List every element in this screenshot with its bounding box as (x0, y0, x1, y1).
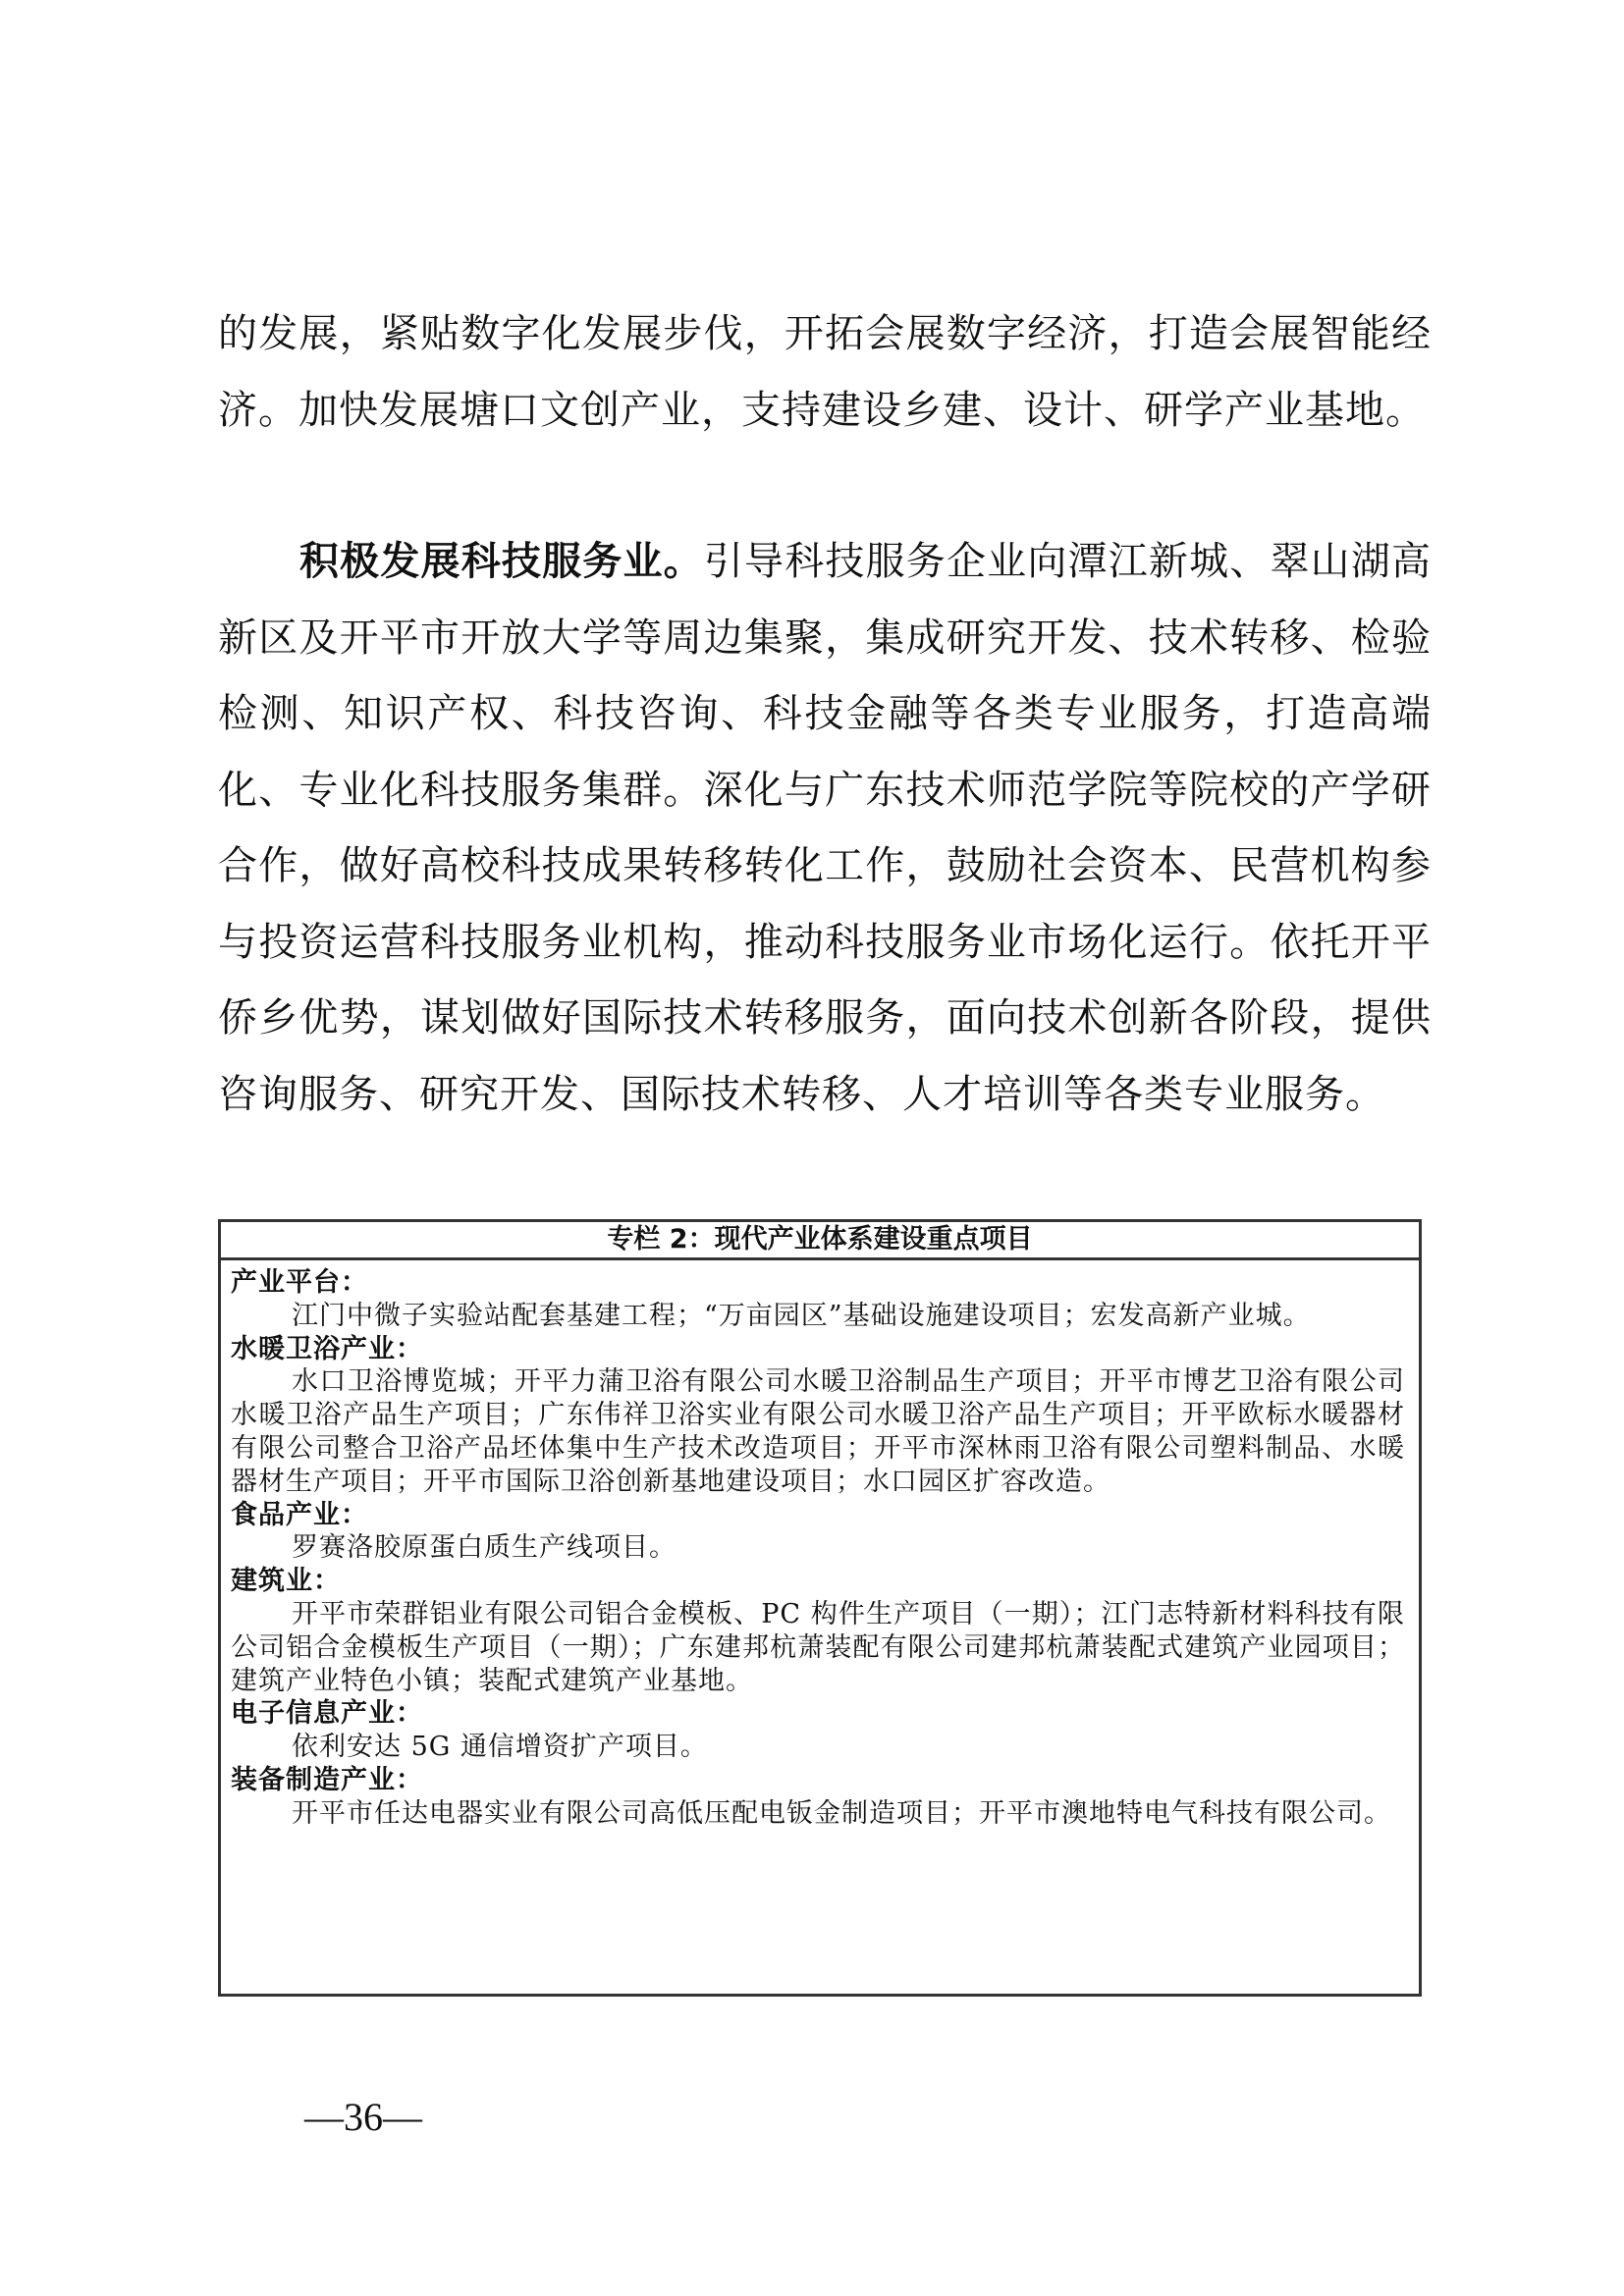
key-projects-box: 专栏 2：现代产业体系建设重点项目 产业平台： 江门中微子实验站配套基建工程；“… (218, 1219, 1422, 1997)
paragraph-tech-services: 积极发展科技服务业。引导科技服务企业向潭江新城、翠山湖高新区及开平市开放大学等周… (218, 524, 1432, 1133)
section-content: 依利安达 5G 通信增资扩产项目。 (231, 1731, 1405, 1764)
paragraph-lead: 积极发展科技服务业。 (299, 539, 704, 584)
box-body: 产业平台： 江门中微子实验站配套基建工程；“万亩园区”基础设施建设项目；宏发高新… (221, 1260, 1419, 1831)
paragraph-text: 引导科技服务企业向潭江新城、翠山湖高新区及开平市开放大学等周边集聚，集成研究开发… (218, 539, 1432, 1117)
paragraph-text: 的发展，紧贴数字化发展步伐，开拓会展数字经济，打造会展智能经济。加快发展塘口文创… (218, 311, 1432, 433)
section-category: 产业平台： (231, 1266, 1405, 1300)
box-section-plumbing-sanitary: 水暖卫浴产业： 水口卫浴博览城；开平力蒲卫浴有限公司水暖卫浴制品生产项目；开平市… (231, 1333, 1405, 1499)
section-content: 开平市荣群铝业有限公司铝合金模板、PC 构件生产项目（一期）；江门志特新材料科技… (231, 1598, 1405, 1697)
box-title: 专栏 2：现代产业体系建设重点项目 (221, 1222, 1419, 1260)
box-section-electronics: 电子信息产业： 依利安达 5G 通信增资扩产项目。 (231, 1697, 1405, 1764)
box-section-food: 食品产业： 罗赛洛胶原蛋白质生产线项目。 (231, 1499, 1405, 1566)
section-category: 建筑业： (231, 1565, 1405, 1598)
section-category: 电子信息产业： (231, 1697, 1405, 1731)
section-content: 江门中微子实验站配套基建工程；“万亩园区”基础设施建设项目；宏发高新产业城。 (231, 1300, 1405, 1333)
section-content: 水口卫浴博览城；开平力蒲卫浴有限公司水暖卫浴制品生产项目；开平市博艺卫浴有限公司… (231, 1365, 1405, 1498)
box-section-industry-platform: 产业平台： 江门中微子实验站配套基建工程；“万亩园区”基础设施建设项目；宏发高新… (231, 1266, 1405, 1333)
section-content: 开平市任达电器实业有限公司高低压配电钣金制造项目；开平市澳地特电气科技有限公司。 (231, 1797, 1405, 1831)
box-section-construction: 建筑业： 开平市荣群铝业有限公司铝合金模板、PC 构件生产项目（一期）；江门志特… (231, 1565, 1405, 1697)
box-section-equipment-manufacturing: 装备制造产业： 开平市任达电器实业有限公司高低压配电钣金制造项目；开平市澳地特电… (231, 1764, 1405, 1831)
section-category: 装备制造产业： (231, 1764, 1405, 1797)
document-page: 的发展，紧贴数字化发展步伐，开拓会展数字经济，打造会展智能经济。加快发展塘口文创… (0, 0, 1624, 2296)
paragraph-exhibition-economy: 的发展，紧贴数字化发展步伐，开拓会展数字经济，打造会展智能经济。加快发展塘口文创… (218, 296, 1432, 449)
section-category: 食品产业： (231, 1499, 1405, 1532)
page-number: —36— (304, 2094, 422, 2140)
section-category: 水暖卫浴产业： (231, 1333, 1405, 1366)
section-content: 罗赛洛胶原蛋白质生产线项目。 (231, 1531, 1405, 1565)
